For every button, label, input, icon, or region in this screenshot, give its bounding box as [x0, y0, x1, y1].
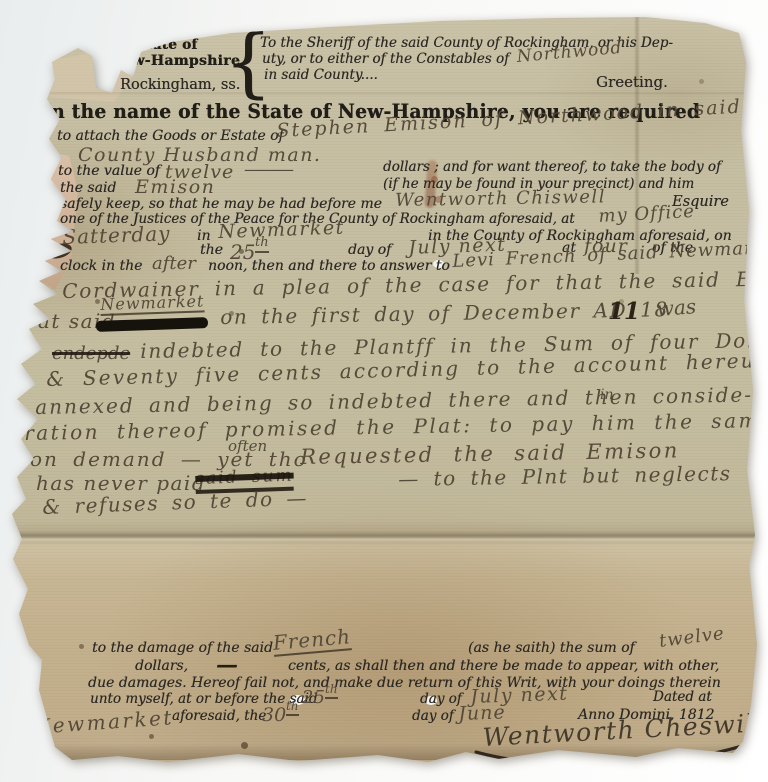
hw-sum-twelve: twelve	[658, 624, 726, 653]
form-attach: to attach the Goods or Estate of	[57, 128, 284, 144]
form-dollars-2: dollars,	[135, 658, 188, 674]
form-due-damages: due damages. Hereof fail not, and make d…	[88, 675, 721, 691]
form-the: the	[200, 242, 223, 258]
form-safely-keep: safely keep, so that he may be had befor…	[60, 196, 382, 212]
address-line-2: uty, or to either of the Constables of	[262, 52, 509, 68]
hw-dated-sup-th: th	[286, 700, 299, 716]
form-damage: to the damage of the said	[92, 640, 273, 656]
paper-speckles	[0, 0, 3, 3]
form-clock: clock in the	[60, 258, 142, 274]
form-as-he-saith: (as he saith) the sum of	[468, 640, 635, 656]
writ-document: State of New-Hampshire, Rockingham, ss. …	[0, 0, 768, 782]
hw-inserted-newmarket: Newmarket	[100, 292, 205, 316]
form-cents-appear: cents, as shall then and there be made t…	[288, 658, 719, 674]
hw-struck-word: endepde	[52, 344, 130, 365]
greeting-label: Greeting.	[596, 74, 668, 91]
signature-flourish	[470, 742, 750, 778]
form-day-of: day of	[348, 242, 391, 258]
form-dated-at: Dated at	[653, 690, 712, 706]
county-ss-label: Rockingham, ss.	[120, 77, 240, 94]
fold-crease	[0, 531, 768, 542]
hw-inserted-in: in	[600, 387, 614, 403]
scanner-background: State of New-Hampshire, Rockingham, ss. …	[0, 0, 768, 782]
hw-date-sup-th: th	[255, 236, 269, 253]
form-day-of-2: day of	[420, 692, 462, 708]
hw-return-25: 25	[302, 688, 325, 709]
hw-year-11: 11	[608, 299, 640, 325]
hw-justice-name: Wentworth Chiswell	[395, 187, 606, 211]
hw-inserted-often: often	[228, 438, 267, 455]
hw-french: French	[272, 625, 352, 657]
form-noon-answer: noon, then and there to answer to	[208, 258, 450, 274]
hw-after: after	[152, 254, 196, 275]
hw-dated-30: 30	[262, 705, 286, 727]
hw-satterday: Satterday	[62, 222, 171, 249]
form-the-said: the said	[60, 180, 116, 196]
state-of-label: State of	[136, 38, 197, 54]
form-day-of-3: day of	[412, 709, 454, 725]
hw-return-sup-th: th	[325, 683, 338, 699]
hw-my-office: my Office	[598, 202, 695, 228]
hw-dash-fill: ———	[244, 160, 292, 181]
form-dollars: dollars ; and for want thereof, to take …	[383, 160, 721, 176]
hw-was: was	[656, 295, 697, 321]
form-aforesaid-the: aforesaid, the	[172, 709, 266, 725]
hw-place-newmarket: Newmarket	[32, 706, 175, 739]
address-line-3: in said County....	[264, 68, 378, 84]
paper-shadow: State of New-Hampshire, Rockingham, ss. …	[0, 0, 768, 782]
hw-neglects-line: — to the Plnt but neglects	[398, 462, 732, 491]
hw-december-date: on the first day of December AD 18	[220, 298, 669, 329]
crease-line-top	[0, 92, 768, 96]
